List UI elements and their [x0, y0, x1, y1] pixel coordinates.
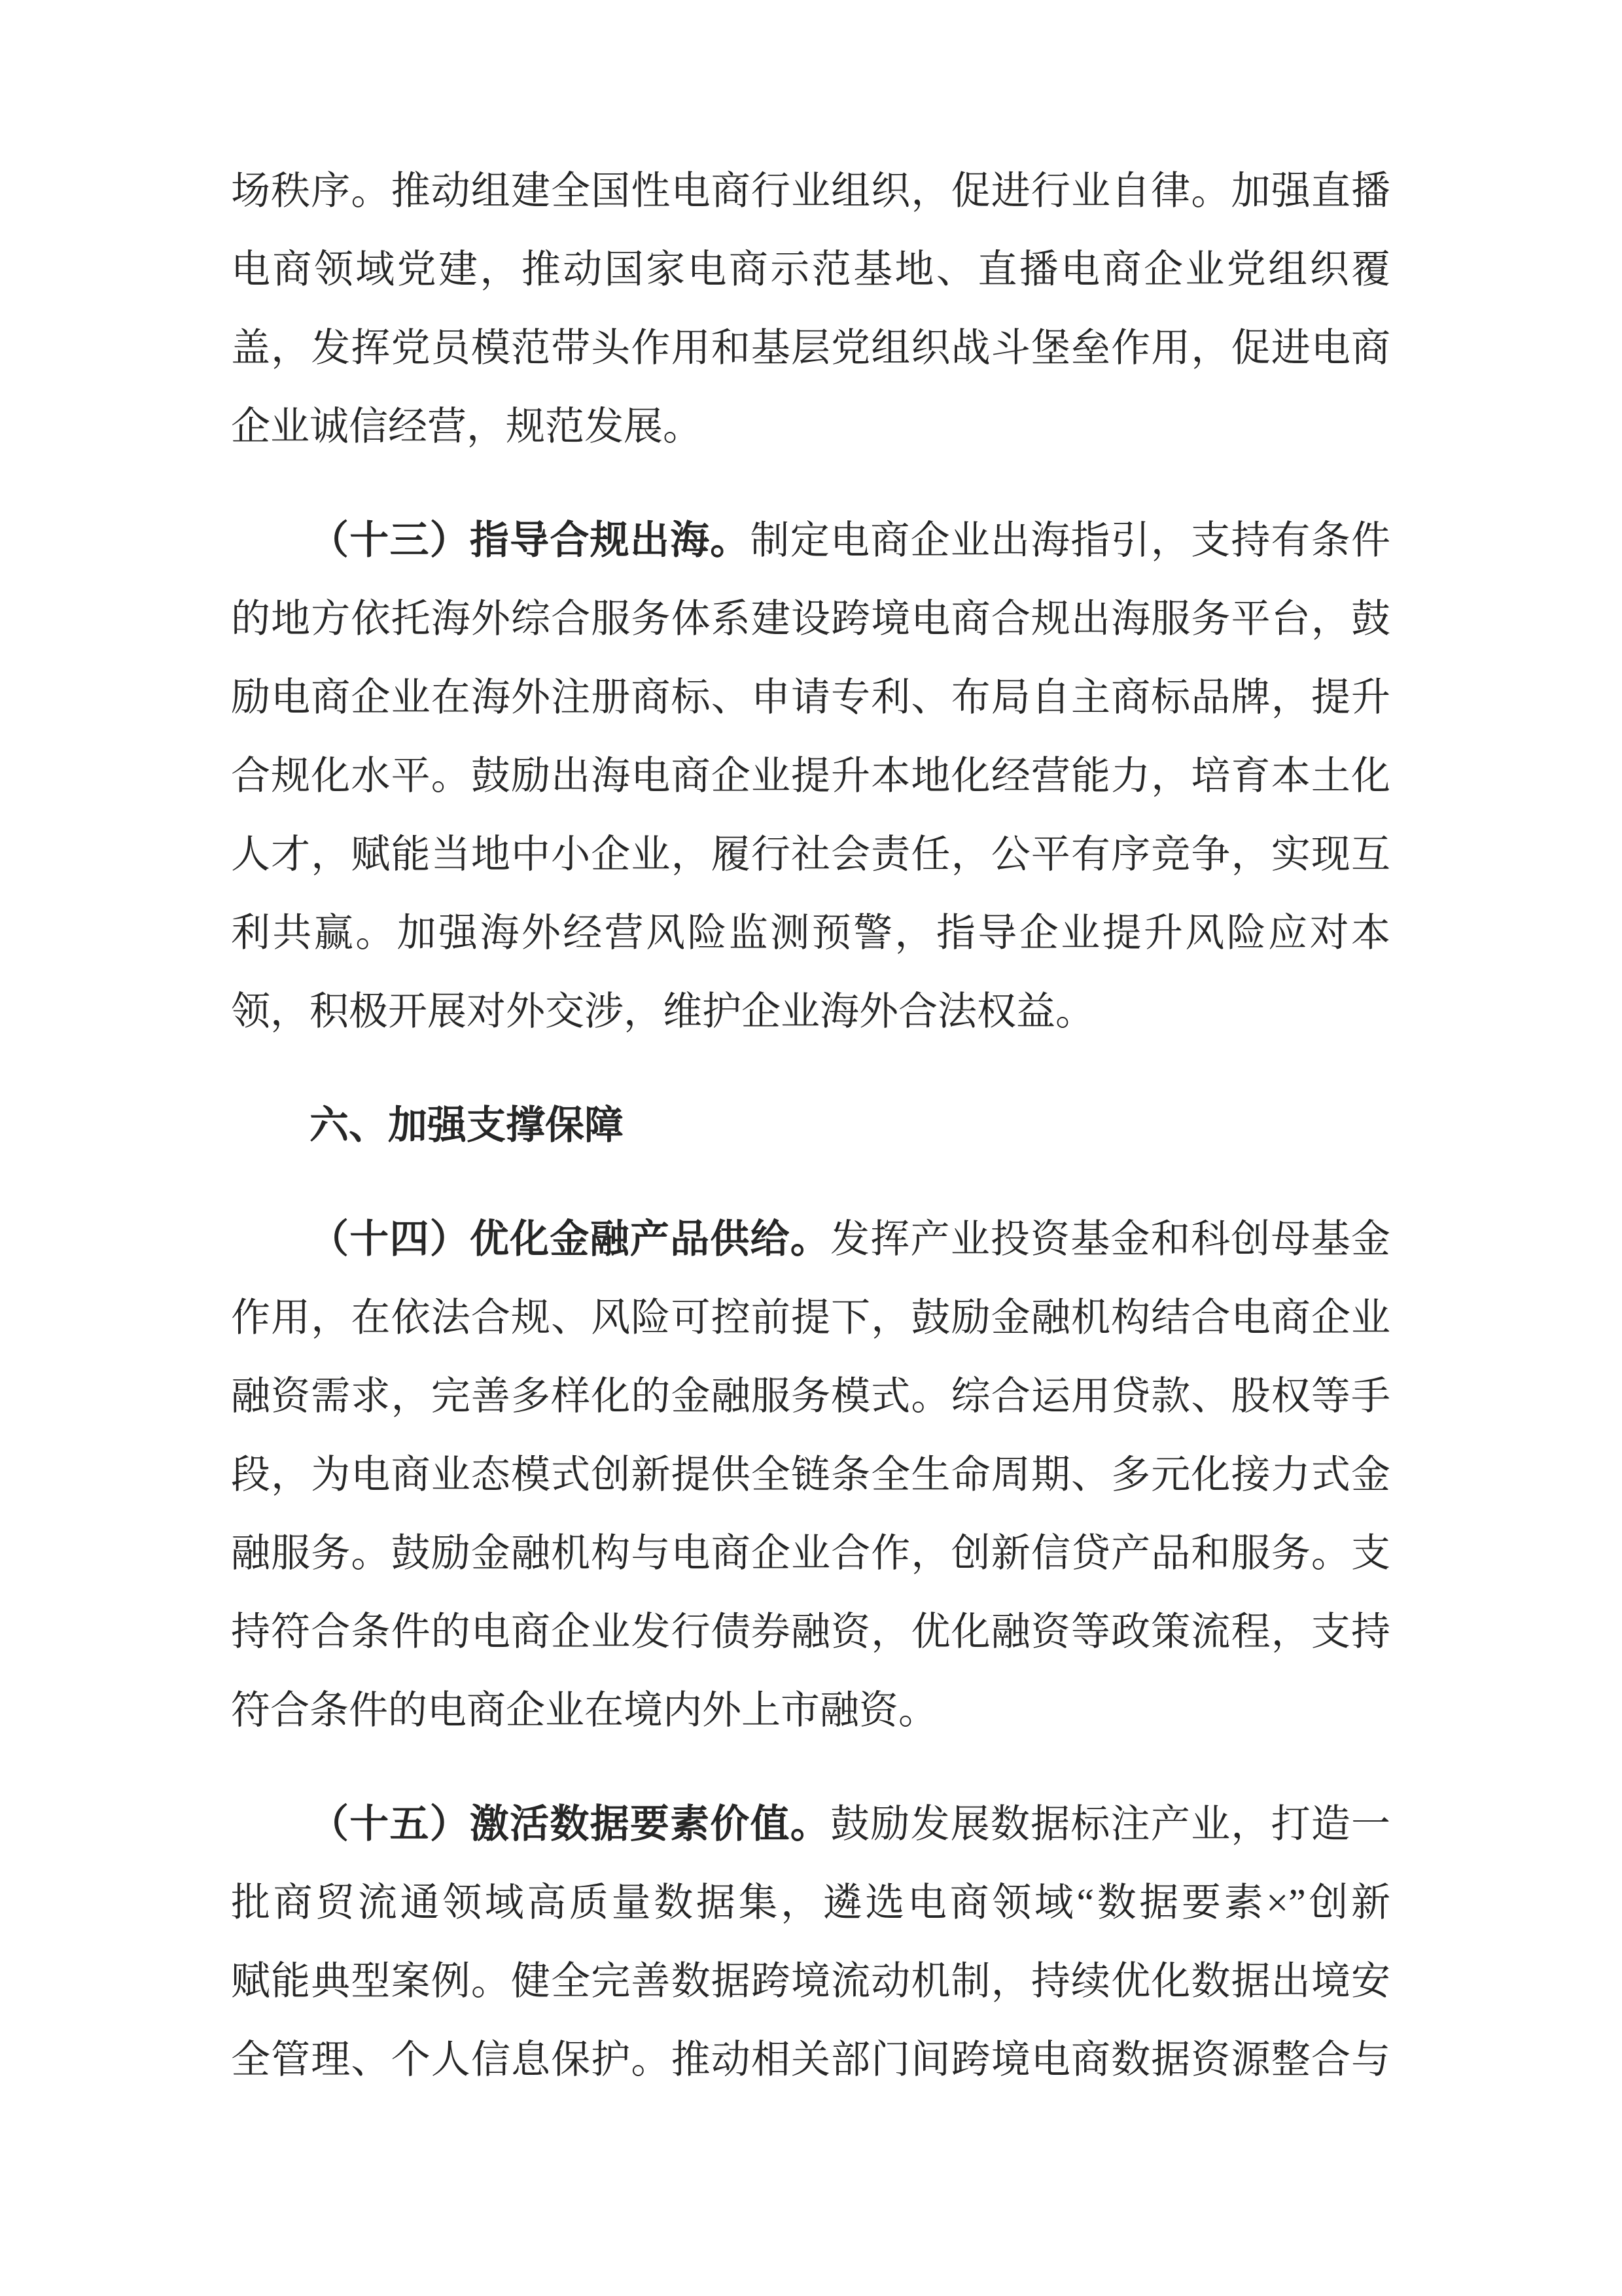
text-run: 融服务。鼓励金融机构与电商企业合作，创新信贷产品和服务。支: [231, 1532, 1390, 1575]
document-page: 场秩序。推动组建全国性电商行业组织，促进行业自律。加强直播电商领域党建，推动国家…: [0, 0, 1622, 2296]
text-line: 领，积极开展对外交涉，维护企业海外合法权益。: [231, 972, 1390, 1051]
text-run: 的地方依托海外综合服务体系建设跨境电商合规出海服务平台，鼓: [231, 597, 1390, 641]
text-run: 企业诚信经营，规范发展。: [231, 405, 702, 448]
text-line: 人才，赋能当地中小企业，履行社会责任，公平有序竞争，实现互: [231, 815, 1390, 894]
text-line: 全管理、个人信息保护。推动相关部门间跨境电商数据资源整合与: [231, 2021, 1390, 2099]
text-line: 赋能典型案例。健全完善数据跨境流动机制，持续优化数据出境安: [231, 1942, 1390, 2021]
bold-run: （十三）指导合规出海。: [309, 519, 750, 562]
text-line: 六、加强支撑保障: [231, 1086, 1390, 1165]
text-line: 作用，在依法合规、风险可控前提下，鼓励金融机构结合电商企业: [231, 1279, 1390, 1357]
text-line: （十三）指导合规出海。制定电商企业出海指引，支持有条件: [231, 501, 1390, 580]
text-line: 段，为电商业态模式创新提供全链条全生命周期、多元化接力式金: [231, 1436, 1390, 1514]
text-run: 赋能典型案例。健全完善数据跨境流动机制，持续优化数据出境安: [231, 1960, 1390, 2003]
section-heading: 六、加强支撑保障: [231, 1086, 1390, 1165]
text-line: 场秩序。推动组建全国性电商行业组织，促进行业自律。加强直播: [231, 152, 1390, 230]
text-line: 企业诚信经营，规范发展。: [231, 387, 1390, 466]
text-line: （十五）激活数据要素价值。鼓励发展数据标注产业，打造一: [231, 1785, 1390, 1863]
text-line: 励电商企业在海外注册商标、申请专利、布局自主商标品牌，提升: [231, 658, 1390, 737]
text-run: 段，为电商业态模式创新提供全链条全生命周期、多元化接力式金: [231, 1453, 1390, 1496]
text-line: 批商贸流通领域高质量数据集，遴选电商领域“数据要素×”创新: [231, 1863, 1390, 1942]
text-line: 持符合条件的电商企业发行债券融资，优化融资等政策流程，支持: [231, 1593, 1390, 1671]
text-line: 合规化水平。鼓励出海电商企业提升本地化经营能力，培育本土化: [231, 737, 1390, 815]
text-run: 鼓励发展数据标注产业，打造一: [830, 1803, 1390, 1846]
text-run: 合规化水平。鼓励出海电商企业提升本地化经营能力，培育本土化: [231, 754, 1390, 798]
text-run: 盖，发挥党员模范带头作用和基层党组织战斗堡垒作用，促进电商: [231, 327, 1390, 370]
bold-run: （十四）优化金融产品供给。: [309, 1218, 830, 1261]
paragraph: （十五）激活数据要素价值。鼓励发展数据标注产业，打造一批商贸流通领域高质量数据集…: [231, 1785, 1390, 2099]
paragraph: 场秩序。推动组建全国性电商行业组织，促进行业自律。加强直播电商领域党建，推动国家…: [231, 152, 1390, 466]
text-run: 制定电商企业出海指引，支持有条件: [750, 519, 1390, 562]
text-run: 融资需求，完善多样化的金融服务模式。综合运用贷款、股权等手: [231, 1375, 1390, 1418]
text-line: 的地方依托海外综合服务体系建设跨境电商合规出海服务平台，鼓: [231, 580, 1390, 658]
text-line: 符合条件的电商企业在境内外上市融资。: [231, 1671, 1390, 1750]
bold-run: 六、加强支撑保障: [309, 1104, 624, 1147]
text-run: 作用，在依法合规、风险可控前提下，鼓励金融机构结合电商企业: [231, 1296, 1390, 1339]
text-line: 盖，发挥党员模范带头作用和基层党组织战斗堡垒作用，促进电商: [231, 309, 1390, 387]
text-line: 融服务。鼓励金融机构与电商企业合作，创新信贷产品和服务。支: [231, 1514, 1390, 1593]
text-run: 人才，赋能当地中小企业，履行社会责任，公平有序竞争，实现互: [231, 833, 1390, 876]
text-line: 融资需求，完善多样化的金融服务模式。综合运用贷款、股权等手: [231, 1357, 1390, 1436]
text-line: 利共赢。加强海外经营风险监测预警，指导企业提升风险应对本: [231, 894, 1390, 972]
text-run: 发挥产业投资基金和科创母基金: [830, 1218, 1390, 1261]
text-run: 全管理、个人信息保护。推动相关部门间跨境电商数据资源整合与: [231, 2038, 1390, 2081]
text-line: （十四）优化金融产品供给。发挥产业投资基金和科创母基金: [231, 1200, 1390, 1279]
document-body: 场秩序。推动组建全国性电商行业组织，促进行业自律。加强直播电商领域党建，推动国家…: [231, 152, 1390, 2099]
text-run: 领，积极开展对外交涉，维护企业海外合法权益。: [231, 990, 1095, 1033]
text-run: 利共赢。加强海外经营风险监测预警，指导企业提升风险应对本: [231, 911, 1390, 955]
text-run: 持符合条件的电商企业发行债券融资，优化融资等政策流程，支持: [231, 1610, 1390, 1653]
paragraph: （十四）优化金融产品供给。发挥产业投资基金和科创母基金作用，在依法合规、风险可控…: [231, 1200, 1390, 1750]
text-run: 批商贸流通领域高质量数据集，遴选电商领域“数据要素×”创新: [231, 1881, 1390, 1924]
text-run: 励电商企业在海外注册商标、申请专利、布局自主商标品牌，提升: [231, 676, 1390, 719]
text-run: 场秩序。推动组建全国性电商行业组织，促进行业自律。加强直播: [231, 169, 1390, 213]
text-run: 符合条件的电商企业在境内外上市融资。: [231, 1689, 938, 1732]
paragraph: （十三）指导合规出海。制定电商企业出海指引，支持有条件的地方依托海外综合服务体系…: [231, 501, 1390, 1051]
bold-run: （十五）激活数据要素价值。: [309, 1803, 830, 1846]
text-line: 电商领域党建，推动国家电商示范基地、直播电商企业党组织覆: [231, 230, 1390, 309]
text-run: 电商领域党建，推动国家电商示范基地、直播电商企业党组织覆: [231, 248, 1390, 291]
